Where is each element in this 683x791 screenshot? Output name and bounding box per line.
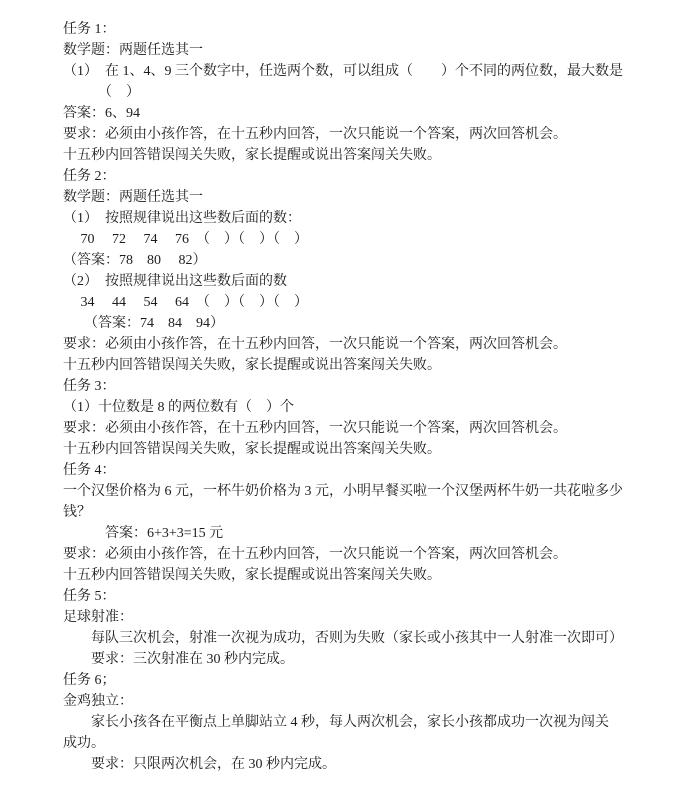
text-line: 每队三次机会，射准一次视为成功，否则为失败（家长或小孩其中一人射准一次即可） (63, 628, 643, 649)
task-section-task-5: 任务 5：足球射准： 每队三次机会，射准一次视为成功，否则为失败（家长或小孩其中… (63, 586, 643, 670)
text-line: 家长小孩各在平衡点上单脚站立 4 秒，每人两次机会，家长小孩都成功一次视为闯关 (63, 712, 643, 733)
text-line: 十五秒内回答错误闯关失败，家长提醒或说出答案闯关失败。 (63, 439, 643, 460)
task-section-task-4: 任务 4：一个汉堡价格为 6 元，一杯牛奶价格为 3 元，小明早餐买啦一个汉堡两… (63, 460, 643, 586)
text-line: 答案：6、94 (63, 103, 643, 124)
text-line: （1） 在 1、4、9 三个数字中，任选两个数，可以组成（ ）个不同的两位数，最… (63, 61, 643, 82)
document-body: 任务 1：数学题：两题任选其一（1） 在 1、4、9 三个数字中，任选两个数，可… (63, 19, 643, 775)
text-line: 钱？ (63, 502, 643, 523)
text-line: （1）十位数是 8 的两位数有（ ）个 (63, 397, 643, 418)
task-heading: 任务 3： (63, 376, 643, 397)
text-line: 数学题：两题任选其一 (63, 187, 643, 208)
text-line: （答案：74 84 94） (63, 313, 643, 334)
text-line: （2） 按照规律说出这些数后面的数 (63, 271, 643, 292)
text-line: 要求：只限两次机会，在 30 秒内完成。 (63, 754, 643, 775)
task-heading: 任务 1： (63, 19, 643, 40)
text-line: （答案：78 80 82） (63, 250, 643, 271)
text-line: 十五秒内回答错误闯关失败，家长提醒或说出答案闯关失败。 (63, 145, 643, 166)
text-line: 要求：必须由小孩作答，在十五秒内回答，一次只能说一个答案，两次回答机会。 (63, 544, 643, 565)
text-line: 要求：必须由小孩作答，在十五秒内回答，一次只能说一个答案，两次回答机会。 (63, 334, 643, 355)
text-line: 要求：必须由小孩作答，在十五秒内回答，一次只能说一个答案，两次回答机会。 (63, 418, 643, 439)
task-heading: 任务 4： (63, 460, 643, 481)
text-line: 一个汉堡价格为 6 元，一杯牛奶价格为 3 元，小明早餐买啦一个汉堡两杯牛奶一共… (63, 481, 643, 502)
task-section-task-2: 任务 2：数学题：两题任选其一（1） 按照规律说出这些数后面的数： 70 72 … (63, 166, 643, 376)
task-section-task-6: 任务 6；金鸡独立： 家长小孩各在平衡点上单脚站立 4 秒，每人两次机会，家长小… (63, 670, 643, 775)
text-line: 答案：6+3+3=15 元 (63, 523, 643, 544)
text-line: （ ） (63, 82, 643, 103)
text-line: 足球射准： (63, 607, 643, 628)
task-heading: 任务 6； (63, 670, 643, 691)
task-heading: 任务 5： (63, 586, 643, 607)
task-heading: 任务 2： (63, 166, 643, 187)
text-line: 十五秒内回答错误闯关失败，家长提醒或说出答案闯关失败。 (63, 565, 643, 586)
text-line: 70 72 74 76 （ ）（ ）（ ） (63, 229, 643, 250)
document-page: 任务 1：数学题：两题任选其一（1） 在 1、4、9 三个数字中，任选两个数，可… (0, 0, 683, 791)
text-line: （1） 按照规律说出这些数后面的数： (63, 208, 643, 229)
text-line: 成功。 (63, 733, 643, 754)
task-section-task-3: 任务 3：（1）十位数是 8 的两位数有（ ）个要求：必须由小孩作答，在十五秒内… (63, 376, 643, 460)
task-section-task-1: 任务 1：数学题：两题任选其一（1） 在 1、4、9 三个数字中，任选两个数，可… (63, 19, 643, 166)
text-line: 十五秒内回答错误闯关失败，家长提醒或说出答案闯关失败。 (63, 355, 643, 376)
text-line: 要求：三次射准在 30 秒内完成。 (63, 649, 643, 670)
text-line: 金鸡独立： (63, 691, 643, 712)
text-line: 数学题：两题任选其一 (63, 40, 643, 61)
text-line: 34 44 54 64 （ ）（ ）（ ） (63, 292, 643, 313)
text-line: 要求：必须由小孩作答，在十五秒内回答，一次只能说一个答案，两次回答机会。 (63, 124, 643, 145)
